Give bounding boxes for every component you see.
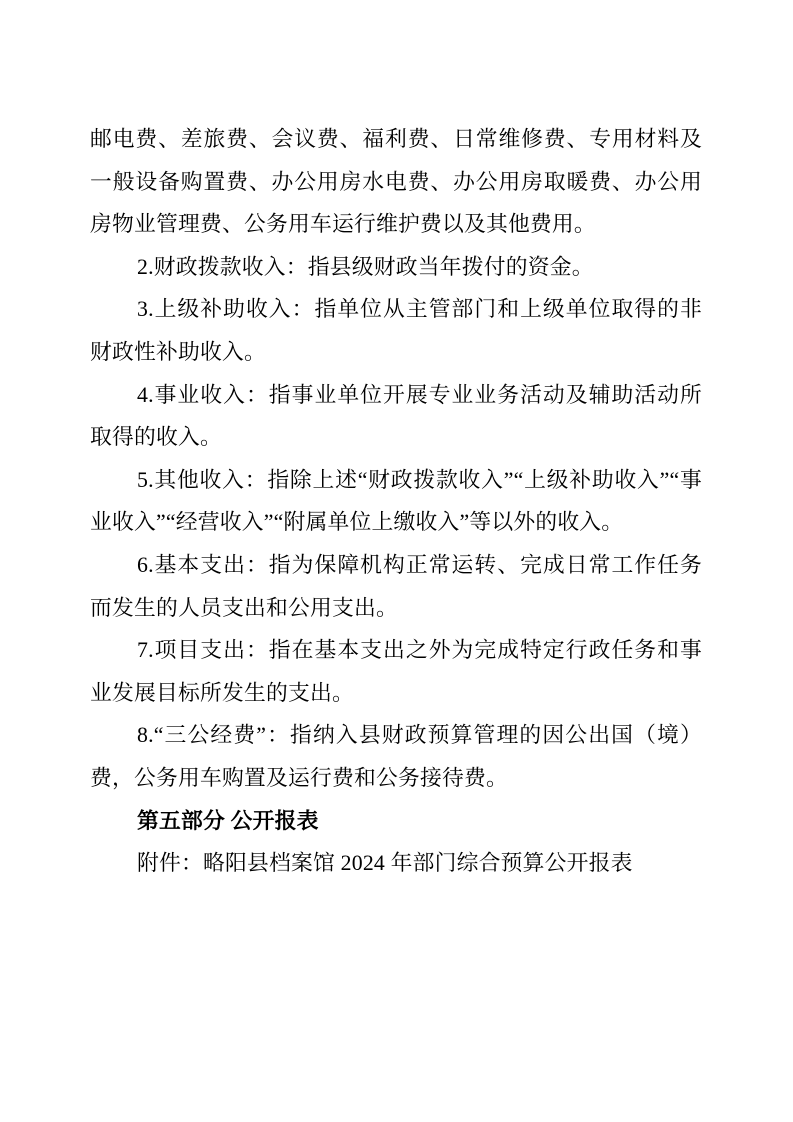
paragraph-definition-superior-subsidy-income: 3.上级补助收入：指单位从主管部门和上级单位取得的非财政性补助收入。 bbox=[90, 288, 702, 373]
paragraph-definition-three-public-funds: 8.“三公经费”：指纳入县财政预算管理的因公出国（境）费，公务用车购置及运行费和… bbox=[90, 714, 702, 799]
paragraph-definition-fiscal-allocation-income: 2.财政拨款收入：指县级财政当年拨付的资金。 bbox=[90, 246, 702, 289]
attachment-reference-line: 附件：略阳县档案馆 2024 年部门综合预算公开报表 bbox=[90, 842, 702, 885]
paragraph-definition-basic-expenditure: 6.基本支出：指为保障机构正常运转、完成日常工作任务而发生的人员支出和公用支出。 bbox=[90, 544, 702, 629]
paragraph-definition-project-expenditure: 7.项目支出：指在基本支出之外为完成特定行政任务和事业发展目标所发生的支出。 bbox=[90, 629, 702, 714]
paragraph-definition-other-income: 5.其他收入：指除上述“财政拨款收入”“上级补助收入”“事业收入”“经营收入”“… bbox=[90, 459, 702, 544]
paragraph-definition-institutional-income: 4.事业收入：指事业单位开展专业业务活动及辅助活动所取得的收入。 bbox=[90, 374, 702, 459]
document-page: 邮电费、差旅费、会议费、福利费、日常维修费、专用材料及一般设备购置费、办公用房水… bbox=[0, 0, 793, 1122]
paragraph-expense-items-continuation: 邮电费、差旅费、会议费、福利费、日常维修费、专用材料及一般设备购置费、办公用房水… bbox=[90, 118, 702, 246]
section-heading-part-five: 第五部分 公开报表 bbox=[90, 800, 702, 843]
